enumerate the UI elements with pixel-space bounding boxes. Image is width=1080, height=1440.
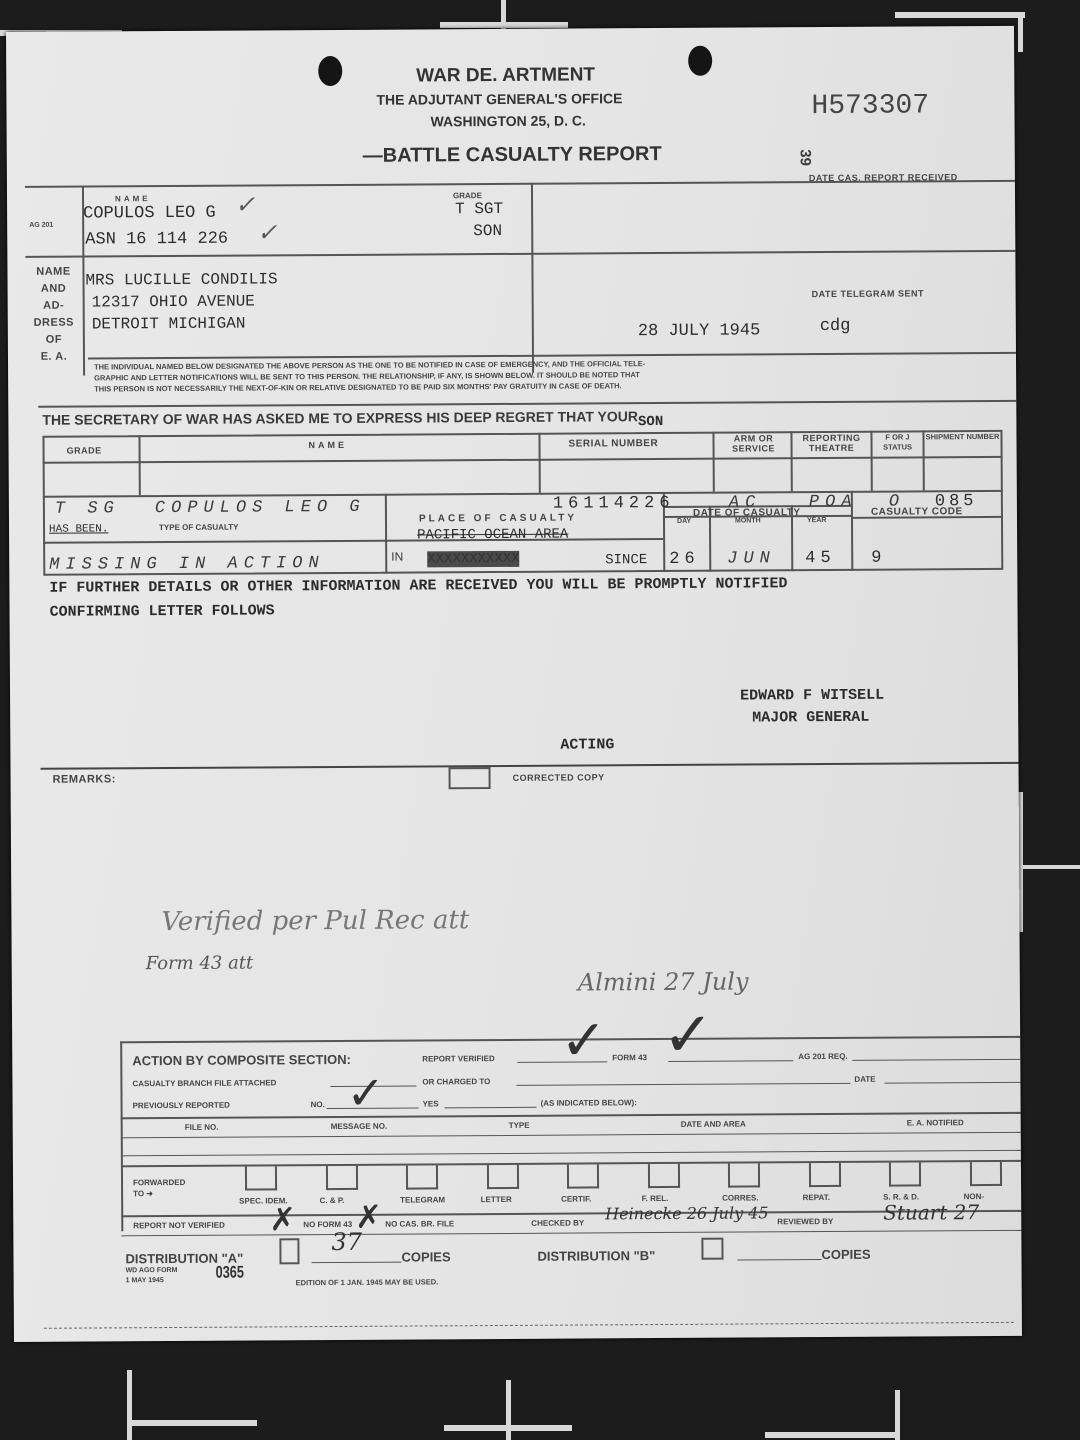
casualty-report-document: WAR DE. ARTMENT THE ADJUTANT GENERAL'S O… xyxy=(6,26,1022,1342)
signatory-name: EDWARD F WITSELL xyxy=(740,687,884,705)
message-line-2: CONFIRMING LETTER FOLLOWS xyxy=(49,602,274,620)
ea-label: NAME AND AD- DRESS OF E. A. xyxy=(27,264,80,366)
previously-reported-label: PREVIOUSLY REPORTED xyxy=(133,1101,230,1111)
ea-street: 12317 OHIO AVENUE xyxy=(92,292,255,311)
col-type: TYPE xyxy=(509,1121,530,1130)
copies-a-label: COPIES xyxy=(401,1249,450,1264)
forward-option-label: F. REL. xyxy=(642,1194,669,1203)
form-number: 0365 xyxy=(216,1263,244,1283)
forward-checkbox[interactable] xyxy=(406,1165,438,1189)
form-id: WD AGO FORM xyxy=(126,1267,178,1274)
department-heading: WAR DE. ARTMENT xyxy=(416,64,595,87)
forward-checkbox[interactable] xyxy=(567,1164,599,1188)
forward-checkbox[interactable] xyxy=(325,1166,357,1190)
crop-mark xyxy=(895,1390,900,1440)
date-telegram-label: DATE TELEGRAM SENT xyxy=(812,288,924,299)
crop-mark xyxy=(1018,12,1023,52)
acting-label: ACTING xyxy=(560,736,614,753)
th-shipment: SHIPMENT NUMBER xyxy=(924,432,1000,442)
soldier-asn: ASN 16 114 226 xyxy=(85,230,228,250)
crop-mark xyxy=(127,1370,132,1440)
cas-grade: T SG xyxy=(55,499,120,518)
form-date: 1 MAY 1945 xyxy=(126,1277,164,1284)
no-label: NO. xyxy=(311,1100,325,1109)
charged-to-label: OR CHARGED TO xyxy=(422,1077,490,1086)
corrected-copy-label: CORRECTED COPY xyxy=(513,772,605,783)
as-indicated-label: (AS INDICATED BELOW): xyxy=(541,1098,637,1108)
office-heading: THE ADJUTANT GENERAL'S OFFICE xyxy=(376,90,622,108)
forward-checkbox[interactable] xyxy=(647,1164,679,1188)
regret-statement: THE SECRETARY OF WAR HAS ASKED ME TO EXP… xyxy=(42,408,663,430)
serial-stamp: H573307 xyxy=(811,90,929,122)
forward-checkbox[interactable] xyxy=(486,1165,518,1189)
handwritten-remark-1: Verified per Pul Rec att xyxy=(161,905,469,937)
distribution-a-count: 37 xyxy=(331,1228,362,1256)
forward-checkbox[interactable] xyxy=(889,1162,921,1186)
casualty-type: MISSING IN ACTION xyxy=(49,554,325,575)
form43-label: FORM 43 xyxy=(612,1053,647,1062)
casualty-year: 45 xyxy=(805,549,836,568)
crop-mark xyxy=(127,1420,257,1426)
col-ea-notified: E. A. NOTIFIED xyxy=(907,1118,964,1127)
forward-option-label: REPAT. xyxy=(803,1193,830,1202)
th-grade: GRADE xyxy=(67,445,102,455)
punch-hole xyxy=(318,56,342,86)
date-telegram-sent: 28 JULY 1945 xyxy=(638,321,761,341)
grade-label: GRADE xyxy=(453,191,482,200)
distribution-b-checkbox[interactable] xyxy=(701,1238,723,1260)
cross-mark: ✗ xyxy=(269,1200,296,1238)
check-mark: ✓ xyxy=(257,218,277,246)
punch-hole xyxy=(688,46,712,76)
not-verified-label: REPORT NOT VERIFIED xyxy=(133,1221,225,1231)
col-date-area: DATE AND AREA xyxy=(681,1120,746,1129)
col-message-no: MESSAGE NO. xyxy=(331,1122,388,1131)
th-serial: SERIAL NUMBER xyxy=(568,438,658,450)
stamp-number: 573307 xyxy=(828,90,929,122)
check-mark: ✓ xyxy=(235,190,255,218)
ag201-label: AG 201 REQ. xyxy=(798,1052,847,1061)
th-status: F OR J STATUS xyxy=(872,432,922,452)
soldier-grade: T SGT xyxy=(455,200,503,218)
name-label: NAME xyxy=(115,194,151,203)
remarks-label: REMARKS: xyxy=(53,773,116,785)
place-value: PACIFIC OCEAN AREA xyxy=(417,527,568,544)
relationship: SON xyxy=(473,222,502,240)
handwritten-remark-2: Form 43 att xyxy=(146,953,254,975)
distribution-a-checkbox[interactable] xyxy=(279,1238,299,1264)
crop-mark xyxy=(765,1432,900,1438)
no-cas-file-label: NO CAS. BR. FILE xyxy=(385,1219,454,1228)
crop-mark xyxy=(1016,865,1080,869)
forward-option-label: CORRES. xyxy=(722,1193,759,1202)
forward-option-label: LETTER xyxy=(481,1195,512,1204)
notice-text: THE INDIVIDUAL NAMED BELOW DESIGNATED TH… xyxy=(94,358,645,394)
stamp-prefix: H xyxy=(811,91,828,122)
casualty-code: 9 xyxy=(871,549,881,568)
casualty-month: JUN xyxy=(727,549,776,568)
margin-number: 39 xyxy=(797,149,814,166)
report-verified-label: REPORT VERIFIED xyxy=(422,1054,495,1063)
soldier-name: COPULOS LEO G xyxy=(83,204,216,224)
distribution-b-label: DISTRIBUTION "B" xyxy=(537,1248,655,1264)
since-label: SINCE xyxy=(605,552,647,568)
address-heading: WASHINGTON 25, D. C. xyxy=(431,112,586,129)
forward-checkbox[interactable] xyxy=(728,1163,760,1187)
ea-city: DETROIT MICHIGAN xyxy=(92,315,246,334)
cas-name: COPULOS LEO G xyxy=(155,498,366,518)
place-label: PLACE OF CASUALTY xyxy=(419,513,577,525)
in-label: IN xyxy=(391,550,403,564)
forward-option-label: TELEGRAM xyxy=(400,1195,445,1204)
col-file-no: FILE NO. xyxy=(185,1123,219,1132)
yes-label: YES xyxy=(423,1099,439,1108)
cas-serial: 16114226 xyxy=(553,494,675,514)
forward-checkbox[interactable] xyxy=(808,1163,840,1187)
checked-by-label: CHECKED BY xyxy=(531,1218,584,1227)
reviewed-by-signature: Stuart 27 xyxy=(883,1200,979,1225)
has-been-label: HAS BEEN. xyxy=(49,523,108,535)
file-attached-label: CASUALTY BRANCH FILE ATTACHED xyxy=(132,1078,276,1088)
day-label: DAY xyxy=(677,518,691,525)
month-label: MONTH xyxy=(735,517,761,524)
message-line-1: IF FURTHER DETAILS OR OTHER INFORMATION … xyxy=(49,575,787,597)
forward-option-label: CERTIF. xyxy=(561,1194,591,1203)
edition-note: EDITION OF 1 JAN. 1945 MAY BE USED. xyxy=(296,1277,439,1287)
report-title: —BATTLE CASUALTY REPORT xyxy=(363,143,662,168)
casualty-code-label: CASUALTY CODE xyxy=(871,506,963,518)
casualty-day: 26 xyxy=(669,550,700,569)
check-mark: ✓ xyxy=(346,1066,385,1120)
copies-b-label: COPIES xyxy=(821,1247,870,1262)
handwritten-remark-3: Almini 27 July xyxy=(578,967,749,996)
place-redacted: XXXXXXXXXXX xyxy=(427,551,520,568)
telegram-initials: cdg xyxy=(820,317,851,336)
forward-option-label: C. & P. xyxy=(320,1196,345,1205)
date-label: DATE xyxy=(854,1075,875,1084)
year-label: YEAR xyxy=(807,517,826,524)
crop-mark xyxy=(506,1380,511,1440)
signatory-rank: MAJOR GENERAL xyxy=(752,709,869,727)
check-mark: ✓ xyxy=(560,1008,607,1073)
forward-checkbox[interactable] xyxy=(245,1166,277,1190)
check-mark: ✓ xyxy=(662,998,714,1071)
th-name: NAME xyxy=(308,440,347,450)
type-label: TYPE OF CASUALTY xyxy=(159,523,238,532)
ag-201-label: AG 201 xyxy=(29,222,53,229)
ea-name: MRS LUCILLE CONDILIS xyxy=(85,270,277,289)
checked-by-signature: Heinecke 26 July 45 xyxy=(605,1203,768,1223)
th-theatre: REPORTING THEATRE xyxy=(792,433,870,453)
action-title: ACTION BY COMPOSITE SECTION: xyxy=(132,1052,351,1068)
regret-relation: SON xyxy=(638,414,663,430)
reviewed-by-label: REVIEWED BY xyxy=(777,1217,833,1226)
cas-theatre: POA xyxy=(809,493,858,512)
th-arm: ARM OR SERVICE xyxy=(718,433,788,453)
corrected-copy-checkbox[interactable] xyxy=(449,767,491,789)
forwarded-to-label: FORWARDED TO ➜ xyxy=(133,1177,193,1199)
forward-checkbox[interactable] xyxy=(969,1162,1001,1186)
crop-mark xyxy=(895,12,1025,18)
